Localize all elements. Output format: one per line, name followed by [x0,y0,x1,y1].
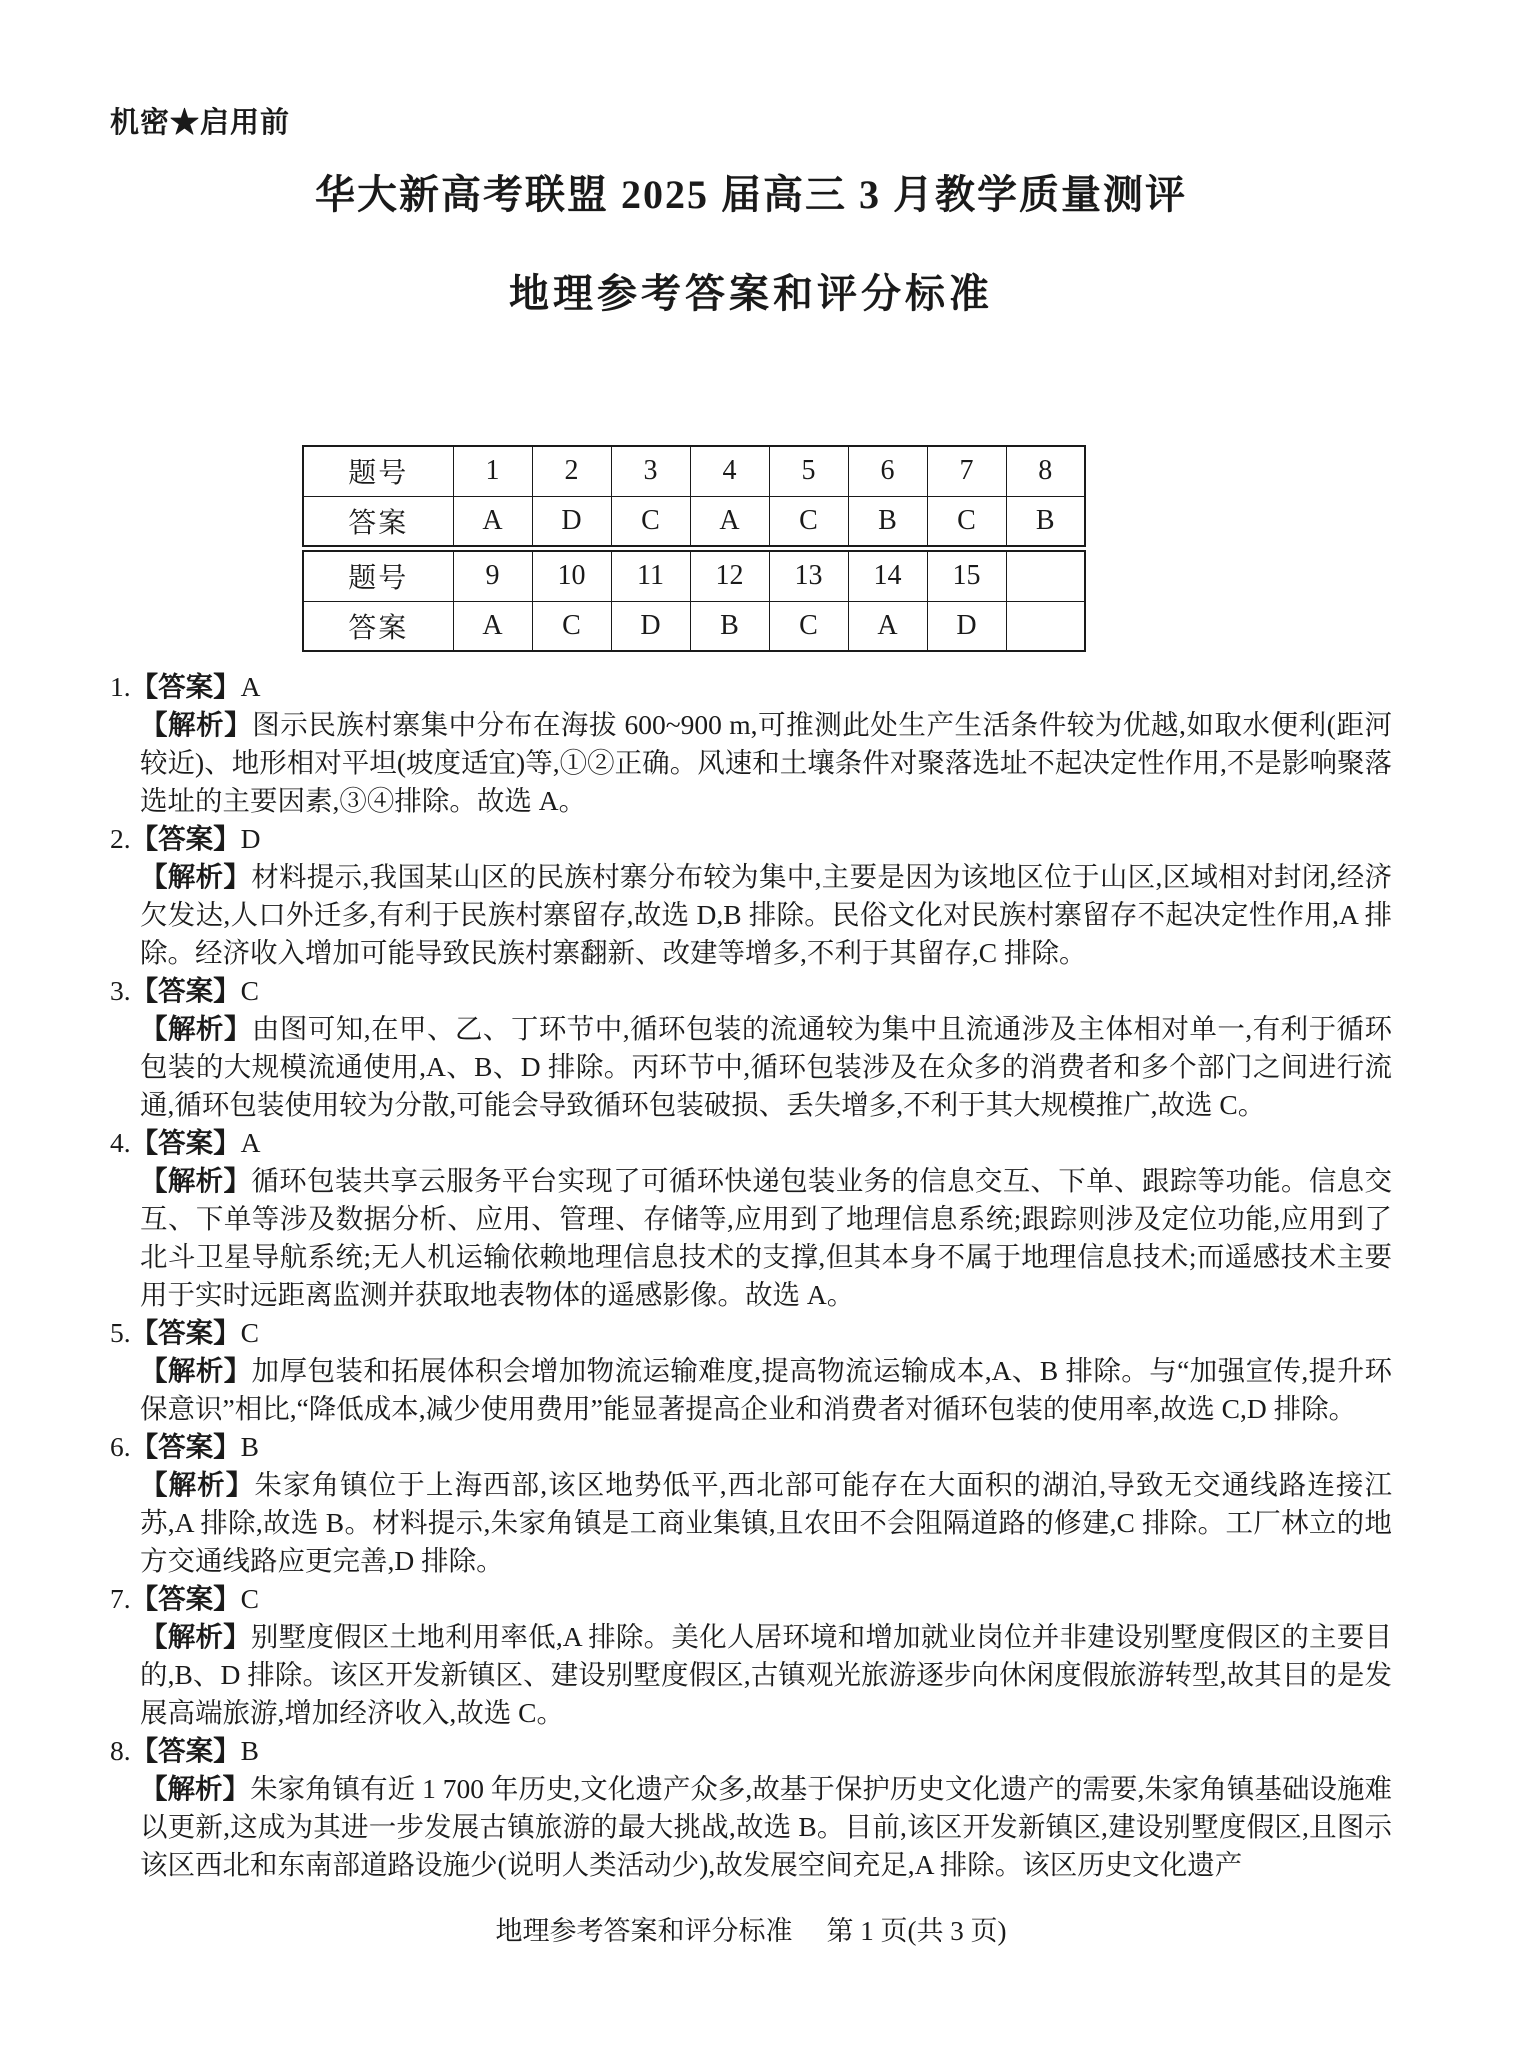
analysis-label: 【解析】 [140,1013,252,1044]
answer-value: C [241,975,259,1006]
row-header-answer: 答案 [303,496,453,546]
answer-label: 【答案】 [131,975,241,1006]
item-number: 1. [110,671,131,702]
row-header-question: 题号 [303,446,453,496]
analysis-text: 加厚包装和拓展体积会增加物流运输难度,提高物流运输成本,A、B 排除。与“加强宣… [140,1355,1392,1424]
answer-item-5: 5.【答案】C 【解析】加厚包装和拓展体积会增加物流运输难度,提高物流运输成本,… [110,1314,1392,1428]
answer-line: 3.【答案】C [140,972,1392,1010]
answer-item-2: 2.【答案】D 【解析】材料提示,我国某山区的民族村寨分布较为集中,主要是因为该… [110,820,1392,972]
answer-line: 1.【答案】A [140,668,1392,706]
analysis-text: 循环包装共享云服务平台实现了可循环快递包装业务的信息交互、下单、跟踪等功能。信息… [140,1165,1392,1310]
question-number-cell: 11 [611,551,690,601]
answer-item-1: 1.【答案】A 【解析】图示民族村寨集中分布在海拔 600~900 m,可推测此… [110,668,1392,820]
answer-label: 【答案】 [131,1431,241,1462]
answer-cell: C [611,496,690,546]
answer-cell: C [532,601,611,651]
answer-line: 8.【答案】B [140,1732,1392,1770]
answer-value: B [241,1735,259,1766]
answer-value: C [241,1583,259,1614]
question-number-cell: 14 [848,551,927,601]
item-number: 8. [110,1735,131,1766]
question-number-cell [1006,551,1085,601]
question-number-cell: 5 [769,446,848,496]
answer-table-q1-8: 题号 1 2 3 4 5 6 7 8 答案 A D C A C [302,445,1086,547]
footer-page-info: 第 1 页(共 3 页) [827,1916,1007,1946]
analysis-paragraph: 【解析】循环包装共享云服务平台实现了可循环快递包装业务的信息交互、下单、跟踪等功… [140,1162,1392,1314]
analysis-paragraph: 【解析】加厚包装和拓展体积会增加物流运输难度,提高物流运输成本,A、B 排除。与… [140,1352,1392,1428]
question-number-cell: 10 [532,551,611,601]
answer-line: 7.【答案】C [140,1580,1392,1618]
answer-line: 5.【答案】C [140,1314,1392,1352]
analysis-paragraph: 【解析】朱家角镇有近 1 700 年历史,文化遗产众多,故基于保护历史文化遗产的… [140,1770,1392,1884]
item-number: 5. [110,1317,131,1348]
answer-label: 【答案】 [131,1583,241,1614]
question-number-cell: 8 [1006,446,1085,496]
row-header-answer: 答案 [303,601,453,651]
answer-cell: A [453,496,532,546]
analysis-paragraph: 【解析】别墅度假区土地利用率低,A 排除。美化人居环境和增加就业岗位并非建设别墅… [140,1618,1392,1732]
analysis-label: 【解析】 [140,861,251,892]
confidential-label: 机密★启用前 [110,100,1392,141]
table-row: 题号 9 10 11 12 13 14 15 [303,551,1085,601]
answer-cell: D [611,601,690,651]
row-header-question: 题号 [303,551,453,601]
answer-value: C [241,1317,259,1348]
answer-cell: D [927,601,1006,651]
answer-cell: A [848,601,927,651]
explanation-list: 1.【答案】A 【解析】图示民族村寨集中分布在海拔 600~900 m,可推测此… [110,668,1392,1884]
answer-label: 【答案】 [131,1317,241,1348]
page-title: 地理参考答案和评分标准 [110,262,1392,319]
answer-line: 6.【答案】B [140,1428,1392,1466]
question-number-cell: 13 [769,551,848,601]
question-number-cell: 15 [927,551,1006,601]
answer-key-table: 题号 1 2 3 4 5 6 7 8 答案 A D C A C [302,445,1086,652]
page-content: 机密★启用前 华大新高考联盟 2025 届高三 3 月教学质量测评 地理参考答案… [110,0,1392,2046]
answer-cell: A [690,496,769,546]
answer-cell: C [769,601,848,651]
document-page: 机密★启用前 华大新高考联盟 2025 届高三 3 月教学质量测评 地理参考答案… [0,0,1536,2046]
analysis-label: 【解析】 [140,1469,254,1500]
answer-cell: C [769,496,848,546]
analysis-label: 【解析】 [140,1773,250,1804]
answer-label: 【答案】 [131,823,241,854]
item-number: 7. [110,1583,131,1614]
exam-title: 华大新高考联盟 2025 届高三 3 月教学质量测评 [110,163,1392,220]
analysis-paragraph: 【解析】朱家角镇位于上海西部,该区地势低平,西北部可能存在大面积的湖泊,导致无交… [140,1466,1392,1580]
question-number-cell: 3 [611,446,690,496]
answer-table-q9-15: 题号 9 10 11 12 13 14 15 答案 A C D B C [302,550,1086,652]
table-row: 题号 1 2 3 4 5 6 7 8 [303,446,1085,496]
answer-cell: B [1006,496,1085,546]
analysis-label: 【解析】 [140,1165,251,1196]
analysis-text: 朱家角镇有近 1 700 年历史,文化遗产众多,故基于保护历史文化遗产的需要,朱… [140,1773,1392,1880]
answer-cell: A [453,601,532,651]
analysis-paragraph: 【解析】图示民族村寨集中分布在海拔 600~900 m,可推测此处生产生活条件较… [140,706,1392,820]
question-number-cell: 9 [453,551,532,601]
answer-cell: B [848,496,927,546]
page-footer: 地理参考答案和评分标准第 1 页(共 3 页) [110,1909,1392,1948]
item-number: 2. [110,823,131,854]
answer-value: A [241,671,261,702]
answer-cell: B [690,601,769,651]
question-number-cell: 7 [927,446,1006,496]
answer-item-4: 4.【答案】A 【解析】循环包装共享云服务平台实现了可循环快递包装业务的信息交互… [110,1124,1392,1314]
table-row: 答案 A D C A C B C B [303,496,1085,546]
analysis-label: 【解析】 [140,709,252,740]
answer-item-8: 8.【答案】B 【解析】朱家角镇有近 1 700 年历史,文化遗产众多,故基于保… [110,1732,1392,1884]
answer-value: B [241,1431,259,1462]
answer-label: 【答案】 [131,671,241,702]
answer-item-7: 7.【答案】C 【解析】别墅度假区土地利用率低,A 排除。美化人居环境和增加就业… [110,1580,1392,1732]
analysis-paragraph: 【解析】由图可知,在甲、乙、丁环节中,循环包装的流通较为集中且流通涉及主体相对单… [140,1010,1392,1124]
question-number-cell: 4 [690,446,769,496]
question-number-cell: 6 [848,446,927,496]
question-number-cell: 12 [690,551,769,601]
item-number: 3. [110,975,131,1006]
question-number-cell: 2 [532,446,611,496]
answer-label: 【答案】 [131,1735,241,1766]
answer-line: 2.【答案】D [140,820,1392,858]
answer-line: 4.【答案】A [140,1124,1392,1162]
answer-cell [1006,601,1085,651]
answer-value: D [241,823,261,854]
answer-cell: D [532,496,611,546]
analysis-text: 别墅度假区土地利用率低,A 排除。美化人居环境和增加就业岗位并非建设别墅度假区的… [140,1621,1392,1728]
analysis-text: 图示民族村寨集中分布在海拔 600~900 m,可推测此处生产生活条件较为优越,… [140,709,1392,816]
answer-item-3: 3.【答案】C 【解析】由图可知,在甲、乙、丁环节中,循环包装的流通较为集中且流… [110,972,1392,1124]
answer-cell: C [927,496,1006,546]
item-number: 4. [110,1127,131,1158]
item-number: 6. [110,1431,131,1462]
table-row: 答案 A C D B C A D [303,601,1085,651]
question-number-cell: 1 [453,446,532,496]
footer-doc-name: 地理参考答案和评分标准 [496,1916,793,1946]
analysis-label: 【解析】 [140,1621,251,1652]
answer-value: A [241,1127,261,1158]
analysis-text: 由图可知,在甲、乙、丁环节中,循环包装的流通较为集中且流通涉及主体相对单一,有利… [140,1013,1392,1120]
analysis-label: 【解析】 [140,1355,252,1386]
answer-label: 【答案】 [131,1127,241,1158]
analysis-text: 朱家角镇位于上海西部,该区地势低平,西北部可能存在大面积的湖泊,导致无交通线路连… [140,1469,1392,1576]
analysis-text: 材料提示,我国某山区的民族村寨分布较为集中,主要是因为该地区位于山区,区域相对封… [140,861,1392,968]
analysis-paragraph: 【解析】材料提示,我国某山区的民族村寨分布较为集中,主要是因为该地区位于山区,区… [140,858,1392,972]
answer-item-6: 6.【答案】B 【解析】朱家角镇位于上海西部,该区地势低平,西北部可能存在大面积… [110,1428,1392,1580]
